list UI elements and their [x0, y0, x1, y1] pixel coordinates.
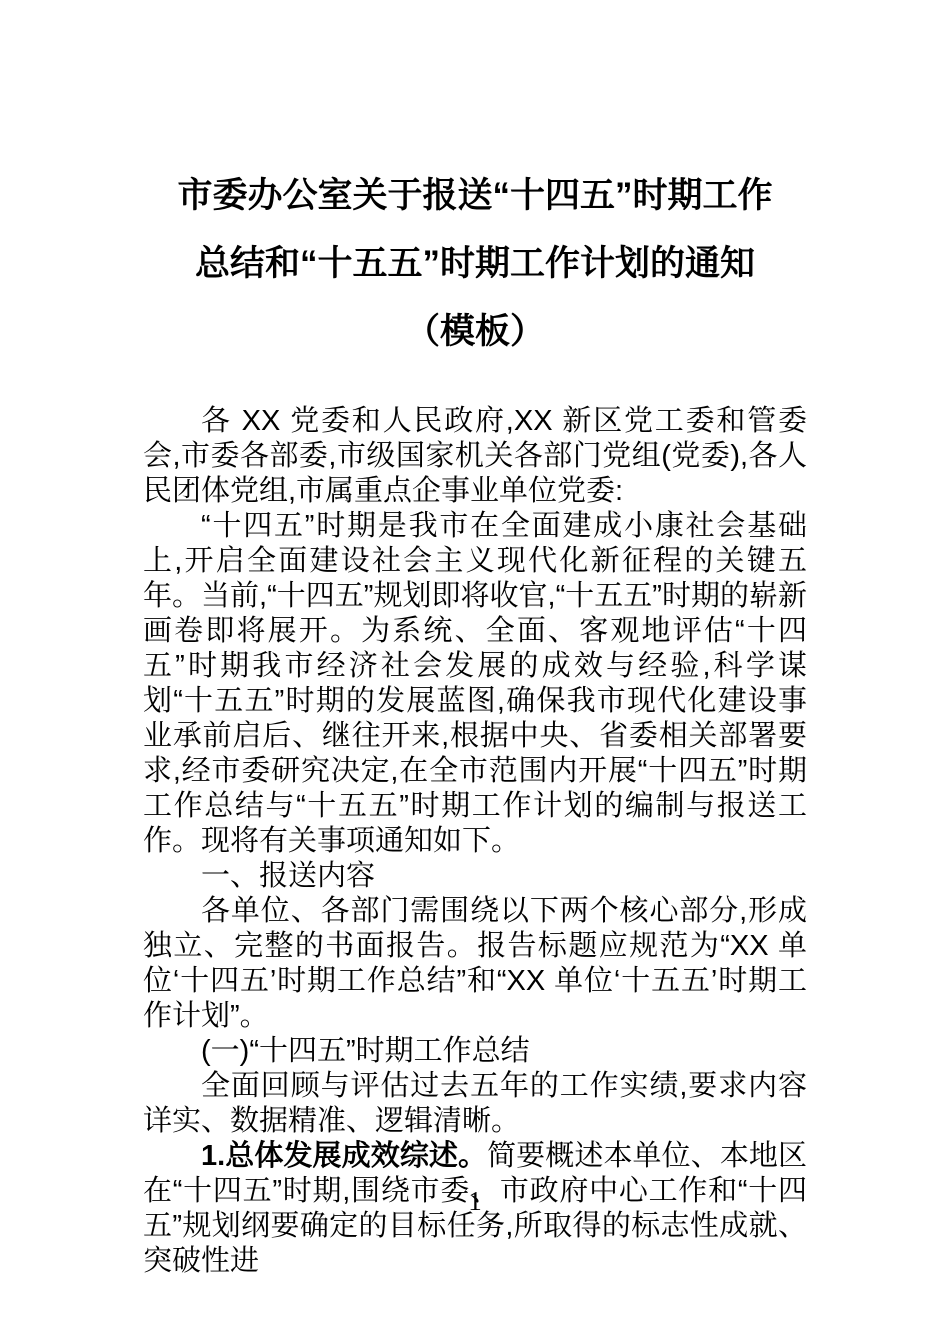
paragraph-1: 各 XX 党委和人民政府,XX 新区党工委和管委会,市委各部委,市级国家机关各部…: [143, 404, 807, 509]
paragraph-6: 全面回顾与评估过去五年的工作实绩,要求内容详实、数据精准、逻辑清晰。: [143, 1069, 807, 1139]
title-line-2: 总结和“十五五”时期工作计划的通知: [143, 230, 807, 298]
paragraph-4: 各单位、各部门需围绕以下两个核心部分,形成独立、完整的书面报告。报告标题应规范为…: [143, 894, 807, 1034]
page-number: 1: [468, 1186, 482, 1216]
paragraph-4-text: 各单位、各部门需围绕以下两个核心部分,形成独立、完整的书面报告。报告标题应规范为…: [143, 895, 807, 1032]
paragraph-3: 一、报送内容: [143, 859, 807, 894]
paragraph-3-text: 一、报送内容: [201, 860, 375, 892]
document-body: 各 XX 党委和人民政府,XX 新区党工委和管委会,市委各部委,市级国家机关各部…: [143, 404, 807, 1279]
page-footer: 1: [0, 1186, 950, 1216]
paragraph-2: “十四五”时期是我市在全面建成小康社会基础上,开启全面建设社会主义现代化新征程的…: [143, 509, 807, 859]
paragraph-5: (一)“十四五”时期工作总结: [143, 1034, 807, 1069]
paragraph-2-text: “十四五”时期是我市在全面建成小康社会基础上,开启全面建设社会主义现代化新征程的…: [143, 510, 807, 857]
paragraph-7-lead: 1.总体发展成效综述。: [201, 1140, 487, 1172]
document-page: 市委办公室关于报送“十四五”时期工作 总结和“十五五”时期工作计划的通知 （模板…: [0, 0, 950, 1344]
title-line-3: （模板）: [143, 298, 807, 366]
paragraph-5-text: (一)“十四五”时期工作总结: [201, 1035, 530, 1067]
paragraph-1-text: 各 XX 党委和人民政府,XX 新区党工委和管委会,市委各部委,市级国家机关各部…: [143, 405, 807, 507]
document-title: 市委办公室关于报送“十四五”时期工作 总结和“十五五”时期工作计划的通知 （模板…: [143, 162, 807, 366]
paragraph-6-text: 全面回顾与评估过去五年的工作实绩,要求内容详实、数据精准、逻辑清晰。: [143, 1070, 807, 1137]
title-line-1: 市委办公室关于报送“十四五”时期工作: [143, 162, 807, 230]
